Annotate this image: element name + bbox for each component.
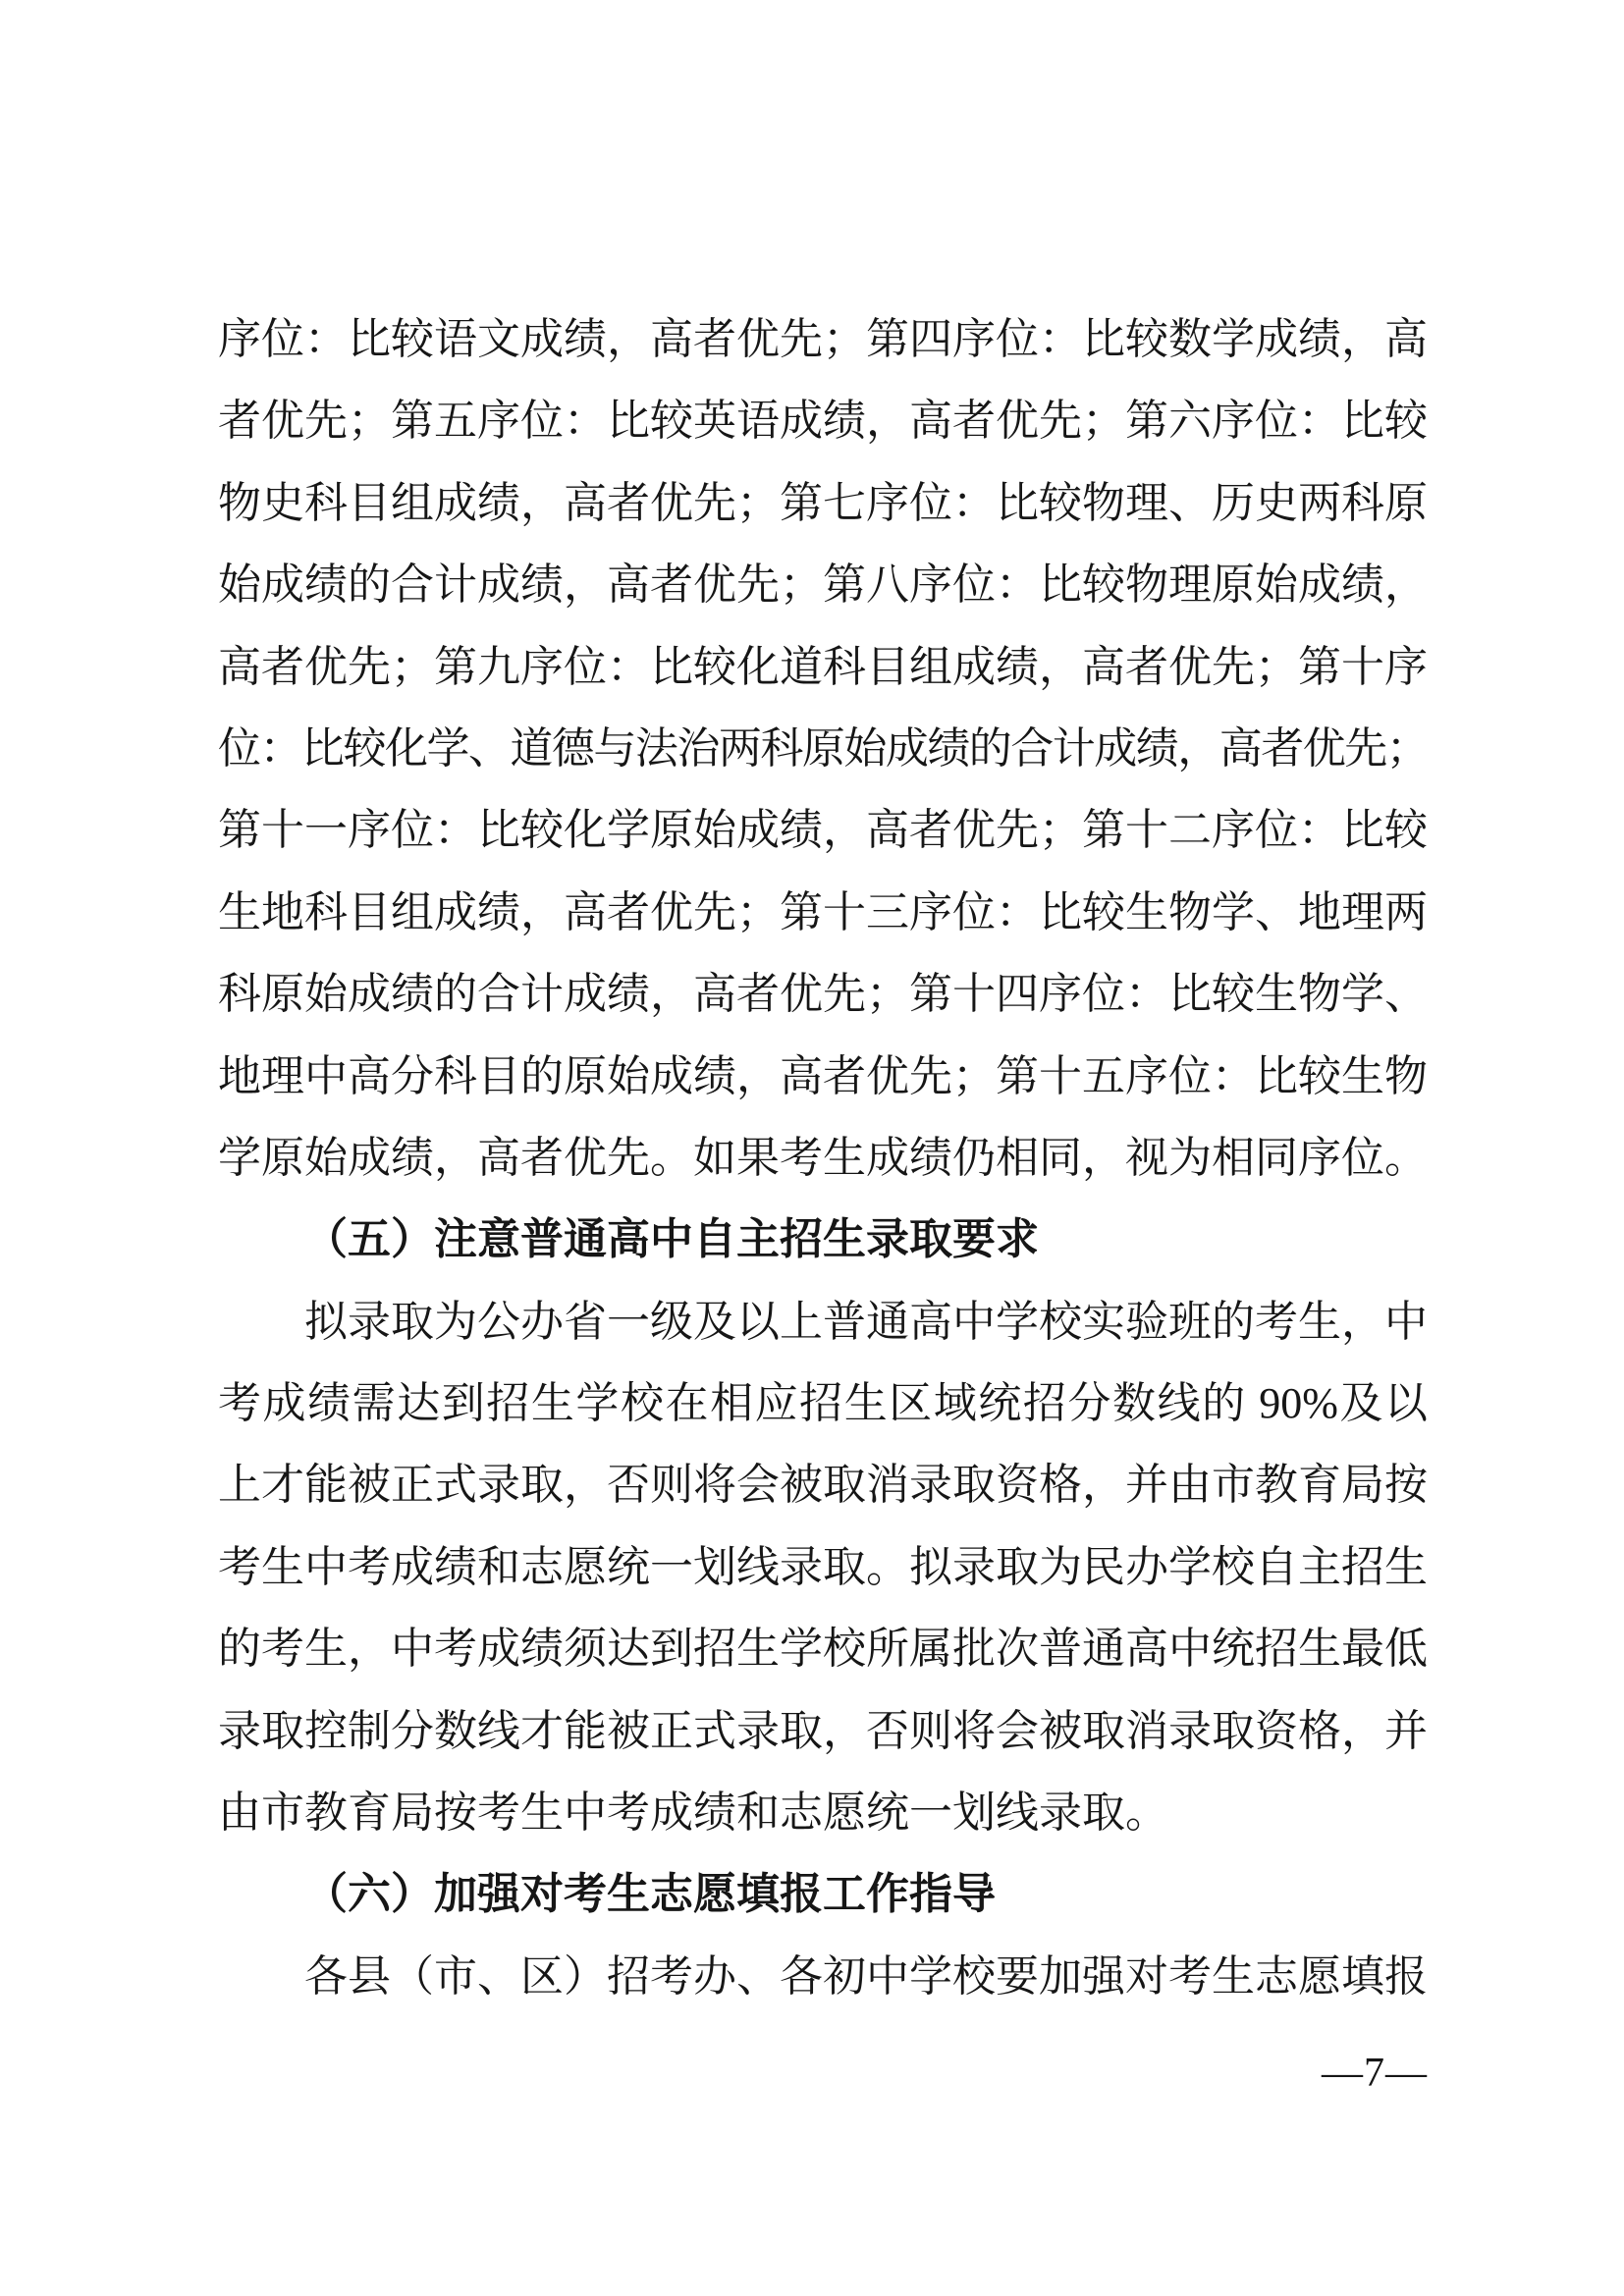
text-line: 考生中考成绩和志愿统一划线录取。拟录取为民办学校自主招生 — [218, 1526, 1428, 1608]
text-line: 者优先；第五序位：比较英语成绩，高者优先；第六序位：比较 — [218, 380, 1428, 461]
text-line: 科原始成绩的合计成绩，高者优先；第十四序位：比较生物学、 — [218, 953, 1428, 1035]
scanned-document-page: 序位：比较语文成绩，高者优先；第四序位：比较数学成绩，高 者优先；第五序位：比较… — [0, 0, 1624, 2296]
page-number: —7— — [1322, 2050, 1428, 2097]
text-line: 学原始成绩，高者优先。如果考生成绩仍相同，视为相同序位。 — [218, 1117, 1428, 1199]
text-line: 物史科目组成绩，高者优先；第七序位：比较物理、历史两科原 — [218, 462, 1428, 544]
text-line: 录取控制分数线才能被正式录取，否则将会被取消录取资格，并 — [218, 1690, 1428, 1772]
text-line: 的考生，中考成绩须达到招生学校所属批次普通高中统招生最低 — [218, 1608, 1428, 1689]
section-heading-5: （五）注意普通高中自主招生录取要求 — [218, 1199, 1428, 1280]
text-line: 由市教育局按考生中考成绩和志愿统一划线录取。 — [218, 1772, 1428, 1853]
section-heading-6: （六）加强对考生志愿填报工作指导 — [218, 1853, 1428, 1935]
text-line: 各县（市、区）招考办、各初中学校要加强对考生志愿填报 — [218, 1936, 1428, 2017]
text-line: 拟录取为公办省一级及以上普通高中学校实验班的考生，中 — [218, 1281, 1428, 1362]
text-line: 始成绩的合计成绩，高者优先；第八序位：比较物理原始成绩， — [218, 544, 1428, 625]
text-line: 高者优先；第九序位：比较化道科目组成绩，高者优先；第十序 — [218, 626, 1428, 708]
text-line: 上才能被正式录取，否则将会被取消录取资格，并由市教育局按 — [218, 1444, 1428, 1525]
text-line: 位：比较化学、道德与法治两科原始成绩的合计成绩，高者优先； — [218, 708, 1428, 789]
text-line: 考成绩需达到招生学校在相应招生区域统招分数线的 90%及以 — [218, 1362, 1428, 1444]
text-line: 生地科目组成绩，高者优先；第十三序位：比较生物学、地理两 — [218, 872, 1428, 953]
text-line: 第十一序位：比较化学原始成绩，高者优先；第十二序位：比较 — [218, 789, 1428, 871]
text-line: 地理中高分科目的原始成绩，高者优先；第十五序位：比较生物 — [218, 1036, 1428, 1117]
text-line: 序位：比较语文成绩，高者优先；第四序位：比较数学成绩，高 — [218, 298, 1428, 380]
document-text-block: 序位：比较语文成绩，高者优先；第四序位：比较数学成绩，高 者优先；第五序位：比较… — [218, 298, 1428, 2017]
